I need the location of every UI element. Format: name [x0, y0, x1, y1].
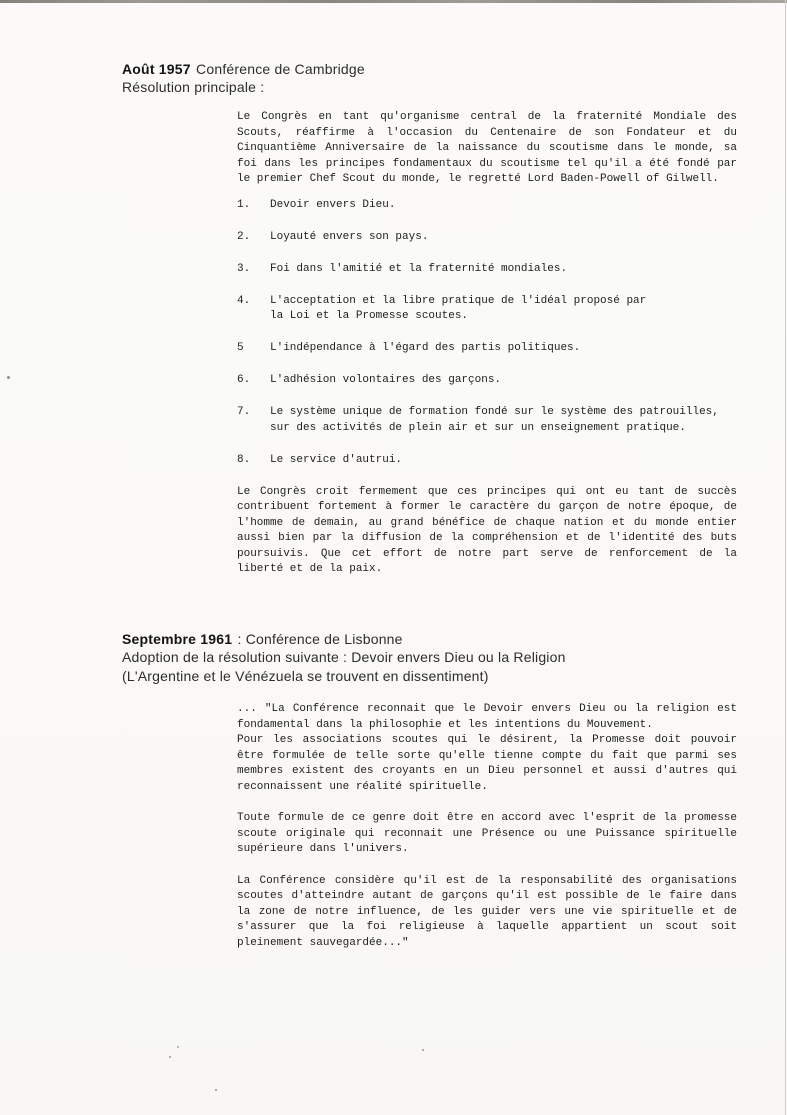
list-item-text: Le service d'autrui.	[270, 453, 737, 469]
list-item-number: 2.	[237, 230, 270, 246]
section-subheading: Adoption de la résolution suivante : Dev…	[122, 648, 737, 667]
list-item-number: 1.	[237, 198, 270, 214]
scan-speck	[215, 1089, 217, 1091]
list-item: 8. Le service d'autrui.	[237, 453, 737, 469]
section-heading: Août 1957Conférence de Cambridge	[122, 60, 737, 78]
list-item-number: 6.	[237, 373, 270, 389]
list-item: 4. L'acceptation et la libre pratique de…	[237, 294, 737, 325]
scan-speck	[177, 1046, 179, 1048]
scan-speck	[169, 1056, 171, 1058]
body-paragraph: La Conférence considère qu'il est de la …	[237, 874, 737, 952]
intro-paragraph: Le Congrès en tant qu'organisme central …	[237, 110, 737, 188]
list-item-number: 3.	[237, 262, 270, 278]
section-body: Le Congrès en tant qu'organisme central …	[237, 110, 737, 578]
list-item-text: L'indépendance à l'égard des partis poli…	[270, 341, 737, 357]
list-item-text: L'adhésion volontaires des garçons.	[270, 373, 737, 389]
list-item: 6. L'adhésion volontaires des garçons.	[237, 373, 737, 389]
section-heading: Septembre 1961: Conférence de Lisbonne	[122, 630, 737, 648]
list-item: 3. Foi dans l'amitié et la fraternité mo…	[237, 262, 737, 278]
list-item-text: Loyauté envers son pays.	[270, 230, 737, 246]
body-paragraph: Toute formule de ce genre doit être en a…	[237, 811, 737, 858]
scan-edge-artifact	[0, 0, 787, 3]
body-paragraph: ... "La Conférence reconnait que le Devo…	[237, 702, 737, 795]
scan-speck	[7, 376, 10, 379]
section-subheading: Résolution principale :	[122, 78, 737, 96]
list-item: 1. Devoir envers Dieu.	[237, 198, 737, 214]
section-cambridge: Août 1957Conférence de Cambridge Résolut…	[122, 60, 737, 578]
list-item: 7. Le système unique de formation fondé …	[237, 405, 737, 436]
scan-speck	[422, 1049, 424, 1051]
list-item: 5 L'indépendance à l'égard des partis po…	[237, 341, 737, 357]
section-body: ... "La Conférence reconnait que le Devo…	[237, 702, 737, 951]
list-item-text: L'acceptation et la libre pratique de l'…	[270, 294, 737, 325]
scanned-document: Août 1957Conférence de Cambridge Résolut…	[0, 0, 787, 1115]
heading-date: Septembre 1961	[122, 631, 232, 647]
section-subheading: (L'Argentine et le Vénézuela se trouvent…	[122, 667, 737, 686]
principles-list: 1. Devoir envers Dieu. 2. Loyauté envers…	[237, 198, 737, 469]
list-item-text: Le système unique de formation fondé sur…	[270, 405, 737, 436]
list-item-number: 5	[237, 341, 270, 357]
list-item-text: Devoir envers Dieu.	[270, 198, 737, 214]
scan-edge-artifact	[785, 0, 786, 1115]
section-lisbonne: Septembre 1961: Conférence de Lisbonne A…	[122, 630, 737, 951]
list-item-number: 4.	[237, 294, 270, 325]
list-item: 2. Loyauté envers son pays.	[237, 230, 737, 246]
heading-title: Conférence de Cambridge	[196, 61, 365, 77]
list-item-number: 7.	[237, 405, 270, 436]
list-item-number: 8.	[237, 453, 270, 469]
closing-paragraph: Le Congrès croit fermement que ces princ…	[237, 485, 737, 578]
heading-title: : Conférence de Lisbonne	[238, 631, 403, 647]
heading-date: Août 1957	[122, 61, 191, 77]
list-item-text: Foi dans l'amitié et la fraternité mondi…	[270, 262, 737, 278]
